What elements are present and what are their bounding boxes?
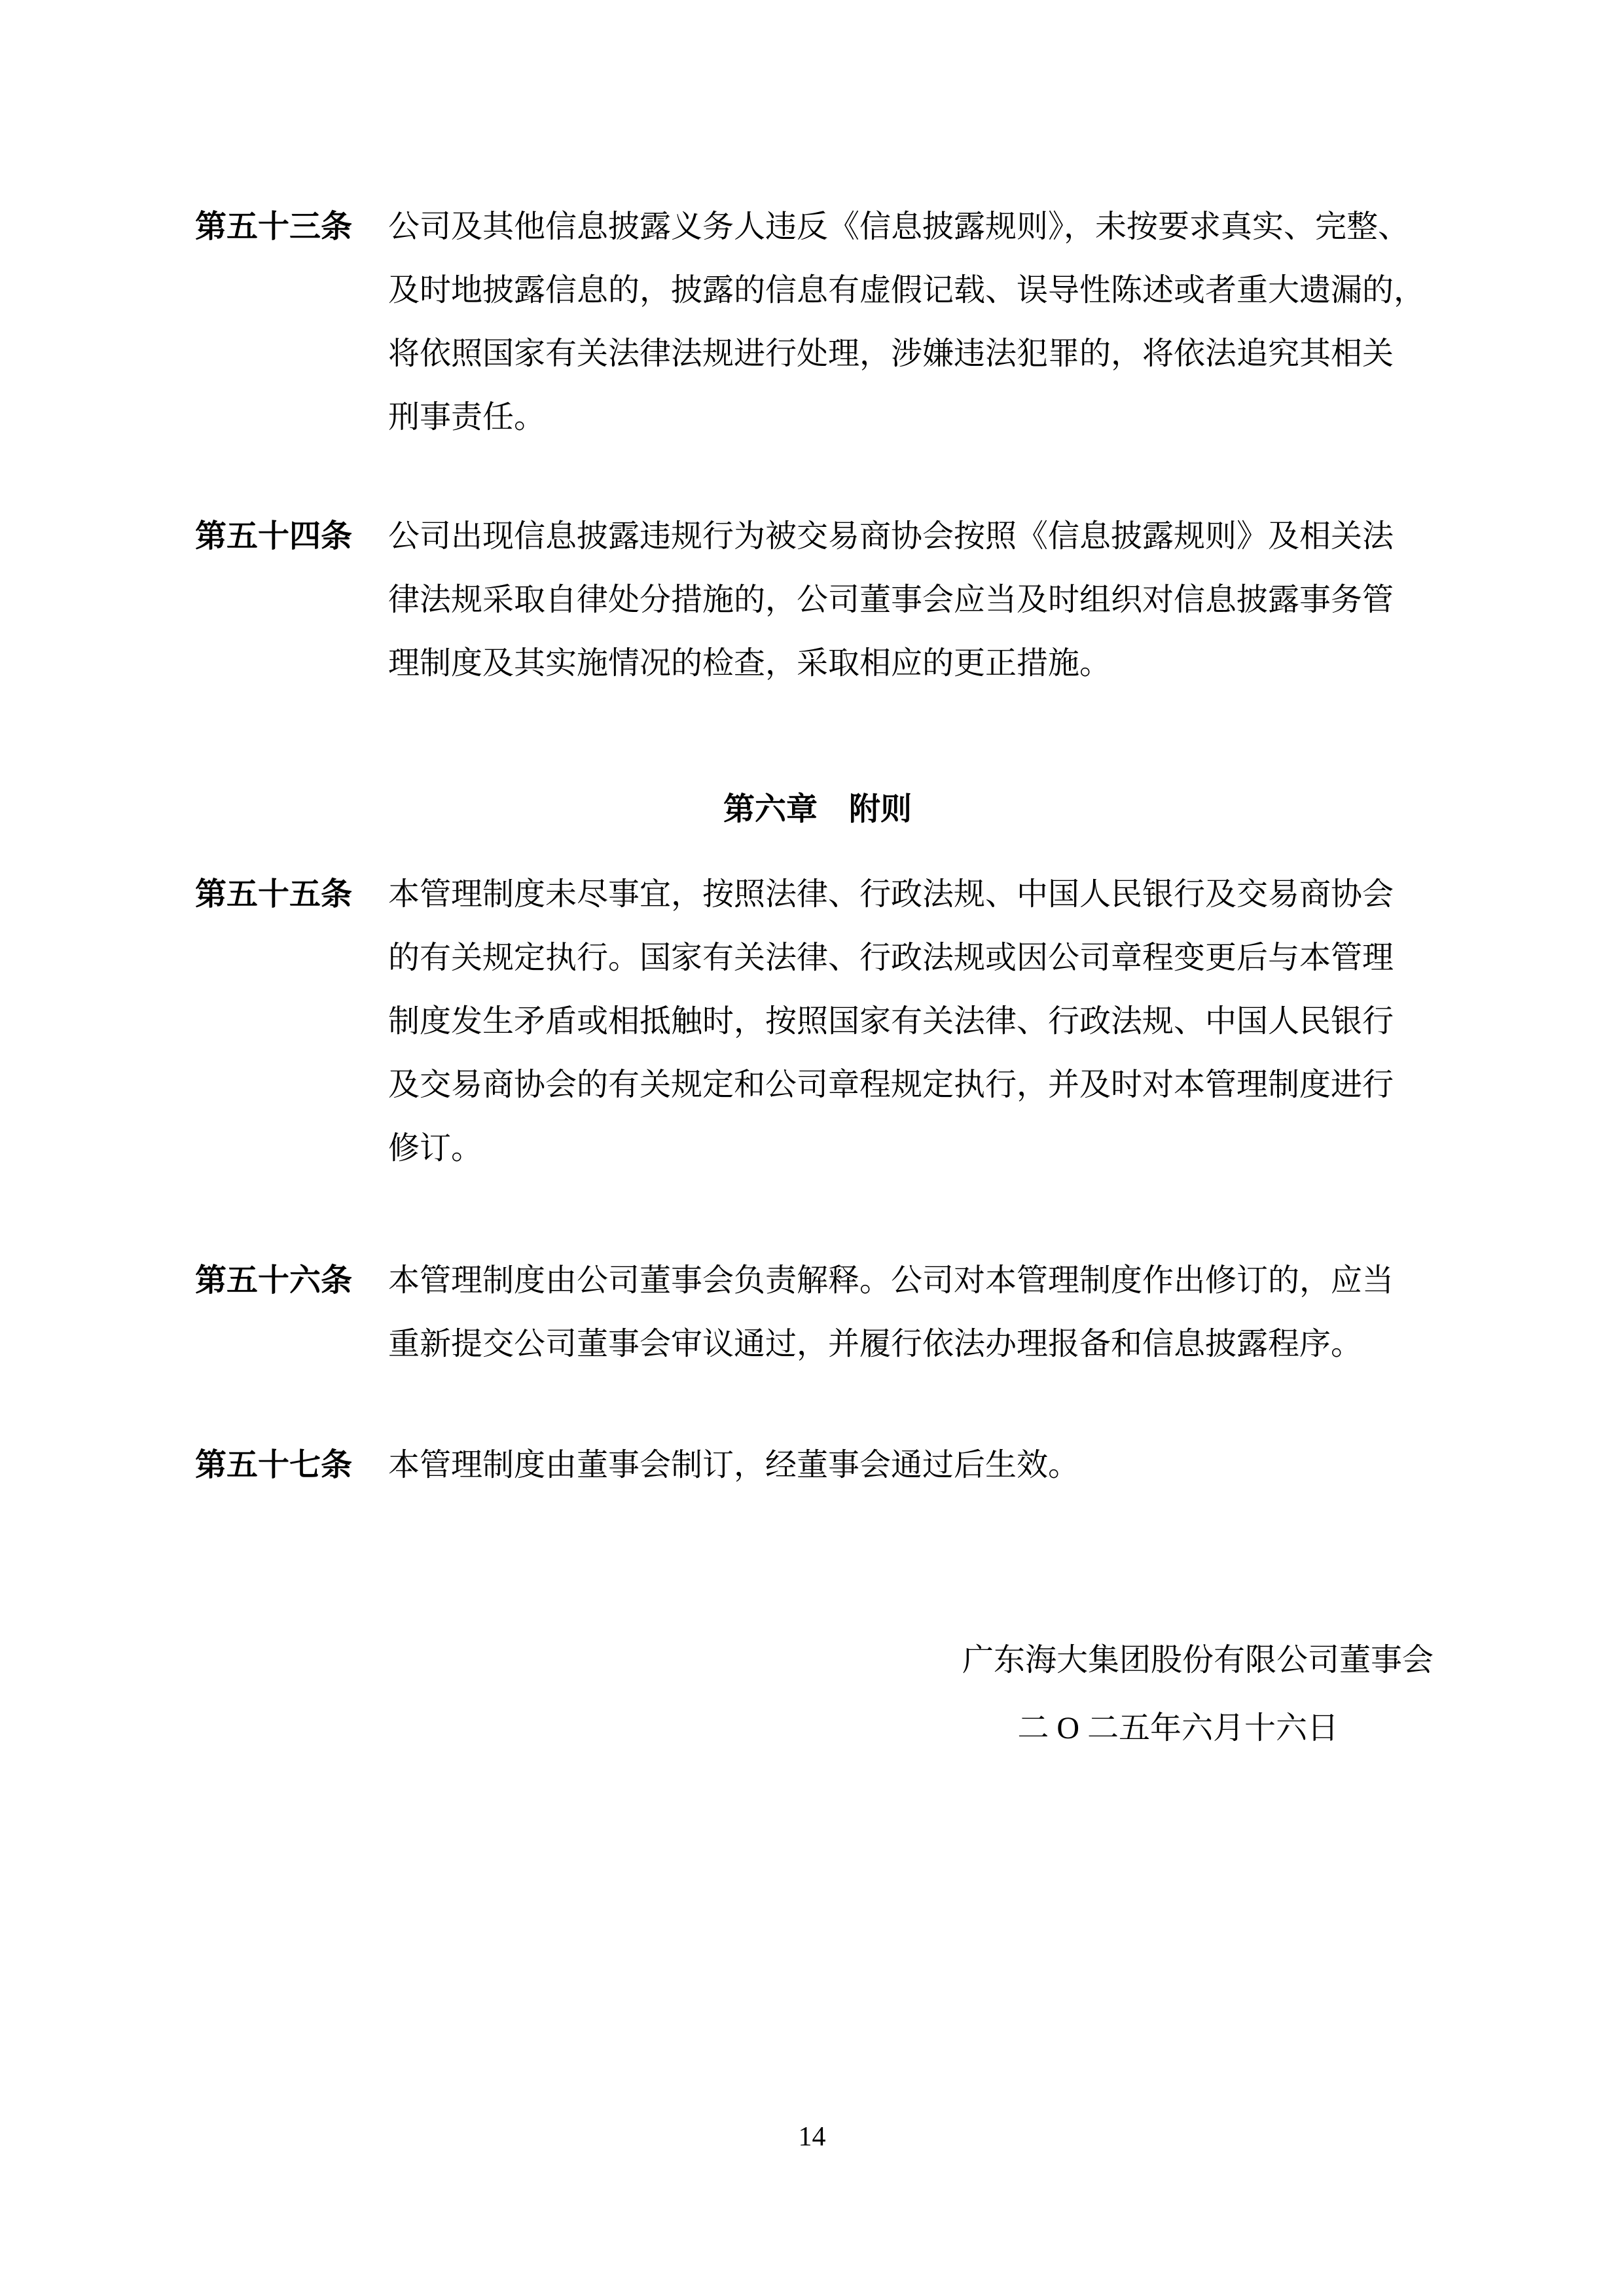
article-56-label: 第五十六条 xyxy=(195,1249,388,1312)
article-55-label: 第五十五条 xyxy=(195,863,388,926)
article-53-line-2: 及时地披露信息的，披露的信息有虚假记载、误导性陈述或者重大遗漏的， xyxy=(388,259,1440,322)
article-53-body: 公司及其他信息披露义务人违反《信息披露规则》，未按要求真实、完整、 及时地披露信… xyxy=(388,195,1440,449)
article-55: 第五十五条 本管理制度未尽事宜，按照法律、行政法规、中国人民银行及交易商协会 的… xyxy=(195,863,1440,1180)
article-57: 第五十七条 本管理制度由董事会制订，经董事会通过后生效。 xyxy=(195,1433,1440,1497)
article-54-line-2: 律法规采取自律处分措施的，公司董事会应当及时组织对信息披露事务管 xyxy=(388,568,1440,632)
article-57-body: 本管理制度由董事会制订，经董事会通过后生效。 xyxy=(388,1433,1440,1497)
article-55-line-5: 修订。 xyxy=(388,1117,1440,1180)
article-56-body: 本管理制度由公司董事会负责解释。公司对本管理制度作出修订的，应当 重新提交公司董… xyxy=(388,1249,1440,1376)
article-57-label: 第五十七条 xyxy=(195,1433,388,1497)
article-53-label: 第五十三条 xyxy=(195,195,388,259)
document-page: { "document": { "background_color": "#ff… xyxy=(0,0,1624,2296)
signature-date: 二 O 二五年六月十六日 xyxy=(195,1696,1440,1760)
article-56: 第五十六条 本管理制度由公司董事会负责解释。公司对本管理制度作出修订的，应当 重… xyxy=(195,1249,1440,1376)
article-53-line-4: 刑事责任。 xyxy=(388,386,1440,449)
article-53-line-1: 公司及其他信息披露义务人违反《信息披露规则》，未按要求真实、完整、 xyxy=(388,195,1440,259)
article-54-line-3: 理制度及其实施情况的检查，采取相应的更正措施。 xyxy=(388,632,1440,695)
article-54-line-1: 公司出现信息披露违规行为被交易商协会按照《信息披露规则》及相关法 xyxy=(388,505,1440,568)
article-55-line-2: 的有关规定执行。国家有关法律、行政法规或因公司章程变更后与本管理 xyxy=(388,926,1440,990)
article-55-body: 本管理制度未尽事宜，按照法律、行政法规、中国人民银行及交易商协会 的有关规定执行… xyxy=(388,863,1440,1180)
article-54-body: 公司出现信息披露违规行为被交易商协会按照《信息披露规则》及相关法 律法规采取自律… xyxy=(388,505,1440,695)
article-55-line-1: 本管理制度未尽事宜，按照法律、行政法规、中国人民银行及交易商协会 xyxy=(388,863,1440,926)
article-55-line-4: 及交易商协会的有关规定和公司章程规定执行，并及时对本管理制度进行 xyxy=(388,1053,1440,1117)
article-54-label: 第五十四条 xyxy=(195,505,388,568)
article-56-line-1: 本管理制度由公司董事会负责解释。公司对本管理制度作出修订的，应当 xyxy=(388,1249,1440,1312)
article-55-line-3: 制度发生矛盾或相抵触时，按照国家有关法律、行政法规、中国人民银行 xyxy=(388,990,1440,1053)
signature-block: 广东海大集团股份有限公司董事会 二 O 二五年六月十六日 xyxy=(195,1628,1440,1760)
chapter-heading: 第六章 附则 xyxy=(195,778,1440,841)
article-56-line-2: 重新提交公司董事会审议通过，并履行依法办理报备和信息披露程序。 xyxy=(388,1312,1440,1376)
signature-company: 广东海大集团股份有限公司董事会 xyxy=(195,1628,1440,1692)
article-54: 第五十四条 公司出现信息披露违规行为被交易商协会按照《信息披露规则》及相关法 律… xyxy=(195,505,1440,695)
article-53: 第五十三条 公司及其他信息披露义务人违反《信息披露规则》，未按要求真实、完整、 … xyxy=(195,195,1440,449)
article-53-line-3: 将依照国家有关法律法规进行处理，涉嫌违法犯罪的，将依法追究其相关 xyxy=(388,322,1440,386)
article-57-line-1: 本管理制度由董事会制订，经董事会通过后生效。 xyxy=(388,1433,1440,1497)
document-content: 第五十三条 公司及其他信息披露义务人违反《信息披露规则》，未按要求真实、完整、 … xyxy=(0,0,1624,1760)
page-number: 14 xyxy=(0,2121,1624,2153)
